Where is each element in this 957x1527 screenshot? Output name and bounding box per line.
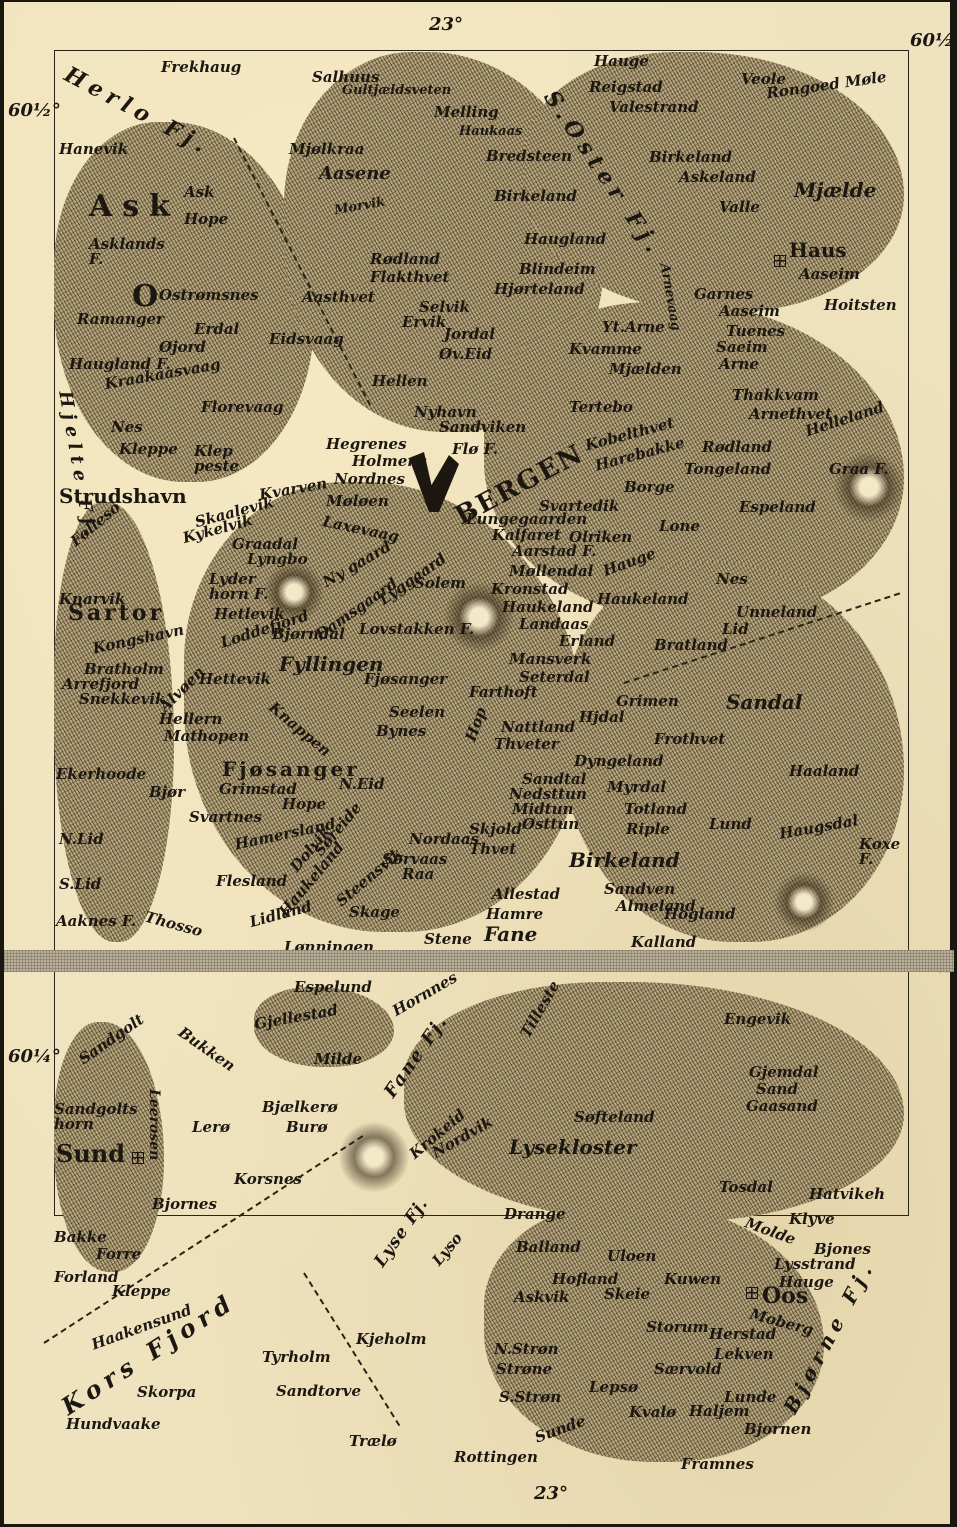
water-label-leerosen: Leerosen — [147, 1089, 161, 1160]
mountain-lyso — [339, 1122, 409, 1192]
place-label: Hatvikeh — [809, 1187, 885, 1202]
place-label: Storum — [646, 1320, 708, 1335]
place-label: Ekerhoode — [56, 767, 116, 782]
district-label-haus: Haus — [789, 240, 847, 260]
church-symbol-oos — [746, 1287, 758, 1299]
place-label: Hauge — [779, 1275, 834, 1290]
place-label: Klep peste — [194, 444, 244, 474]
place-label: Sandven — [604, 882, 675, 897]
place-label: Sand — [756, 1082, 798, 1097]
place-label: Tertebo — [569, 400, 633, 415]
place-label: Skeie — [604, 1287, 650, 1302]
place-label: Tuenes — [726, 324, 785, 339]
place-label: Bjørndal — [272, 627, 345, 642]
place-label: Korsnes — [234, 1172, 302, 1187]
place-label: Borge — [624, 480, 675, 495]
place-label: S.Lid — [59, 877, 101, 892]
place-label: Sandviken — [439, 420, 526, 435]
place-label: Lepsø — [589, 1380, 638, 1395]
place-label: Hellern — [159, 712, 222, 727]
latitude-label-mid-left: 60¼° — [8, 1048, 61, 1066]
place-label: Yt.Arne — [602, 320, 665, 335]
place-label: Gultjældsveten — [342, 84, 451, 97]
place-label: Flakthvet — [370, 270, 449, 285]
place-label: Mathopen — [164, 729, 249, 744]
place-label: Florevaag — [201, 400, 283, 415]
place-label: Lysstrand — [774, 1257, 856, 1272]
place-label: Raa — [402, 867, 434, 882]
place-label: Totland — [624, 802, 687, 817]
place-label: Graa F. — [829, 462, 889, 477]
place-label: Sandal — [726, 692, 802, 712]
place-label: Møllendal — [509, 564, 593, 579]
place-label: Hoitsten — [824, 298, 897, 313]
place-label: Tongeland — [684, 462, 771, 477]
place-label: Framnes — [681, 1457, 754, 1472]
place-label: Lund — [709, 817, 752, 832]
place-label: Espelund — [294, 980, 372, 995]
place-label: Herstad — [709, 1327, 776, 1342]
place-label: Hanevik — [59, 142, 128, 157]
place-label: Lungegaarden — [466, 512, 587, 527]
place-label: Myrdal — [607, 780, 666, 795]
longitude-label-top: 23° — [429, 16, 463, 34]
place-label: Erland — [559, 634, 615, 649]
place-label: Østtun — [522, 817, 579, 832]
place-label: N.Lid — [59, 832, 104, 847]
place-label: Lerø — [192, 1120, 230, 1135]
place-label: Strøne — [496, 1362, 552, 1377]
district-label-birkeland: Birkeland — [569, 850, 680, 870]
place-label: Eidsvaag — [269, 332, 344, 347]
place-label: Erdal — [194, 322, 239, 337]
place-label: Svartnes — [189, 810, 262, 825]
place-label: Møløen — [326, 494, 389, 509]
place-label: Farthoft — [469, 685, 538, 700]
place-label: Frekhaug — [161, 60, 241, 75]
place-label: Rottingen — [454, 1450, 538, 1465]
place-label: Kronstad — [491, 582, 568, 597]
place-label: Askvik — [514, 1290, 569, 1305]
place-label: Jordal — [444, 327, 495, 342]
place-label: Sandtorve — [276, 1384, 361, 1399]
place-label: Rødland — [370, 252, 440, 267]
place-label: Skorpa — [137, 1385, 196, 1400]
district-label-ask: Ask — [89, 192, 180, 222]
place-label: Bjør — [149, 785, 185, 800]
place-label: Flø F. — [452, 442, 498, 457]
district-label-sund: Sund — [56, 1142, 125, 1166]
longitude-label-bottom: 23° — [534, 1485, 568, 1503]
place-label: Ask — [184, 185, 214, 200]
place-label: Hjdal — [579, 710, 625, 725]
place-label: Thveter — [494, 737, 559, 752]
place-label: Hundvaake — [66, 1417, 116, 1432]
place-label: Aasthvet — [302, 290, 375, 305]
place-label: Kleppe — [112, 1284, 171, 1299]
place-label: Aarstad F. — [512, 544, 596, 559]
place-label: Øjord — [159, 340, 206, 355]
place-label: Sandgolts horn — [54, 1102, 144, 1132]
church-symbol-sund — [132, 1152, 144, 1164]
place-label: Fane — [484, 924, 537, 944]
place-label: Øv.Eid — [439, 347, 492, 362]
place-label: Aasene — [319, 165, 391, 183]
place-label: Lyngbo — [247, 552, 308, 567]
place-label: Lone — [659, 519, 700, 534]
place-label: Drange — [504, 1207, 566, 1222]
place-label: Forland — [54, 1270, 119, 1285]
place-label: Unneland — [736, 605, 817, 620]
place-label: Mjølkraa — [289, 142, 364, 157]
binding-tape — [4, 950, 954, 972]
place-label: Nes — [716, 572, 748, 587]
place-label: Klyve — [789, 1212, 835, 1227]
place-label: Hope — [184, 212, 228, 227]
place-label: Arne — [719, 357, 759, 372]
place-label: Kalfaret — [492, 528, 561, 543]
place-label: Skage — [349, 905, 400, 920]
place-label: Hegrenes — [326, 437, 407, 452]
place-label: Espeland — [739, 500, 816, 515]
place-label: Stene — [424, 932, 472, 947]
place-label: Tosdal — [719, 1180, 773, 1195]
place-label: Grimen — [616, 694, 679, 709]
place-label: Rødland — [702, 440, 772, 455]
place-label: Aaseim — [799, 267, 860, 282]
place-label: Hogland — [664, 907, 735, 922]
place-label: Haljem — [689, 1404, 749, 1419]
place-label: N.Strøn — [494, 1342, 559, 1357]
place-label: Haaland — [789, 764, 859, 779]
place-label: Blindeim — [519, 262, 596, 277]
place-label: Trælø — [349, 1434, 397, 1449]
place-label: Birkeland — [494, 189, 577, 204]
place-label: Fjøsanger — [364, 672, 447, 687]
place-label: Nes — [111, 420, 143, 435]
place-label: Bjælkerø — [262, 1100, 338, 1115]
place-label: Hjørteland — [494, 282, 585, 297]
place-label: Bjornen — [744, 1422, 811, 1437]
place-label: Kalland — [631, 935, 696, 950]
place-label: Knarvik — [59, 592, 125, 607]
place-label: Kjeholm — [356, 1332, 427, 1347]
place-label: Kuwen — [664, 1272, 721, 1287]
place-label: Hamre — [486, 907, 543, 922]
place-label: Nordaas — [409, 832, 479, 847]
place-label: Balland — [516, 1240, 581, 1255]
place-label: Reigstad — [589, 80, 663, 95]
place-label: Valle — [719, 200, 760, 215]
place-label: Aaseim — [719, 304, 780, 319]
place-label: Askeland — [679, 170, 756, 185]
place-label: Birkeland — [649, 150, 732, 165]
place-label: Gaasand — [746, 1099, 818, 1114]
place-label: Lyder horn F. — [209, 572, 269, 602]
place-label: Saeim — [716, 340, 768, 355]
place-label: Mjælde — [794, 180, 876, 200]
place-label: Dyngeland — [574, 754, 663, 769]
place-label: Bredsteen — [486, 149, 572, 164]
place-label: Ervik — [402, 315, 446, 330]
place-label: Burø — [286, 1120, 328, 1135]
district-label-ostromsnes: O — [132, 282, 158, 312]
place-label: Særvold — [654, 1362, 722, 1377]
place-label: Mjælden — [609, 362, 682, 377]
place-label: Engevik — [724, 1012, 791, 1027]
place-label: Ostrømsnes — [159, 288, 259, 303]
place-label: Kleppe — [119, 442, 178, 457]
place-label: Uloen — [607, 1249, 656, 1264]
place-label: Strudshavn — [59, 486, 187, 506]
place-label: Seelen — [389, 705, 445, 720]
latitude-label-top-left: 60½° — [8, 102, 61, 120]
place-label: Solem — [414, 576, 466, 591]
place-label: Flesland — [216, 874, 287, 889]
place-label: Haugland — [524, 232, 606, 247]
mountain-koxe — [774, 872, 834, 932]
place-label: Melling — [434, 105, 499, 120]
place-label: Bakke — [54, 1230, 107, 1245]
place-label: Nattland — [501, 720, 575, 735]
place-label: Koxe F. — [859, 837, 909, 867]
church-symbol-haus — [774, 255, 786, 267]
place-label: Riple — [626, 822, 670, 837]
place-label: Tyrholm — [262, 1350, 331, 1365]
place-label: Bjones — [814, 1242, 871, 1257]
place-label: Asklands F. — [89, 237, 169, 267]
place-label: S.Strøn — [499, 1390, 561, 1405]
place-label: Bynes — [376, 724, 426, 739]
place-label: Ramanger — [77, 312, 164, 327]
place-label: Allestad — [492, 887, 560, 902]
district-label-lysekloster: Lysekloster — [509, 1137, 637, 1157]
place-label: Lekven — [714, 1347, 774, 1362]
place-label: Kvalø — [629, 1405, 676, 1420]
map-sheet: 23° 23° 60½° 60½° 60¼° 60¼ BERGEN Ask Sa… — [4, 2, 950, 1524]
place-label: Thakkvam — [732, 388, 819, 403]
place-label: Mansverk — [509, 652, 591, 667]
place-label: Aaknes F. — [56, 914, 136, 929]
place-label: Hellen — [372, 374, 428, 389]
place-label: Valestrand — [609, 100, 699, 115]
latitude-label-top-right: 60½° — [910, 32, 957, 50]
place-label: Landaas — [519, 617, 589, 632]
place-label: Hettevik — [199, 672, 271, 687]
place-label: Forre — [96, 1247, 141, 1262]
place-label: Gjemdal — [749, 1065, 819, 1080]
place-label: Snekkevik — [79, 692, 165, 707]
place-label: Søfteland — [574, 1110, 655, 1125]
place-label: Frothvet — [654, 732, 725, 747]
place-label: Lid — [722, 622, 749, 637]
place-label: Haukaas — [459, 125, 522, 138]
place-label: Bratland — [654, 638, 728, 653]
place-label: Hauge — [594, 54, 649, 69]
place-label: Kvamme — [569, 342, 642, 357]
place-label: Bjornes — [152, 1197, 217, 1212]
place-label: Milde — [314, 1052, 362, 1067]
place-label: Garnes — [694, 287, 753, 302]
place-label: Haukeland — [597, 592, 689, 607]
place-label: Hope — [282, 797, 326, 812]
place-label: Lovstakken F. — [359, 622, 474, 637]
place-label: Lyso — [430, 1230, 465, 1268]
place-label: Haukeland — [502, 600, 594, 615]
place-label: Holmens — [352, 454, 427, 469]
place-label: N.Eid — [339, 777, 385, 792]
place-label: Nordnes — [334, 472, 405, 487]
